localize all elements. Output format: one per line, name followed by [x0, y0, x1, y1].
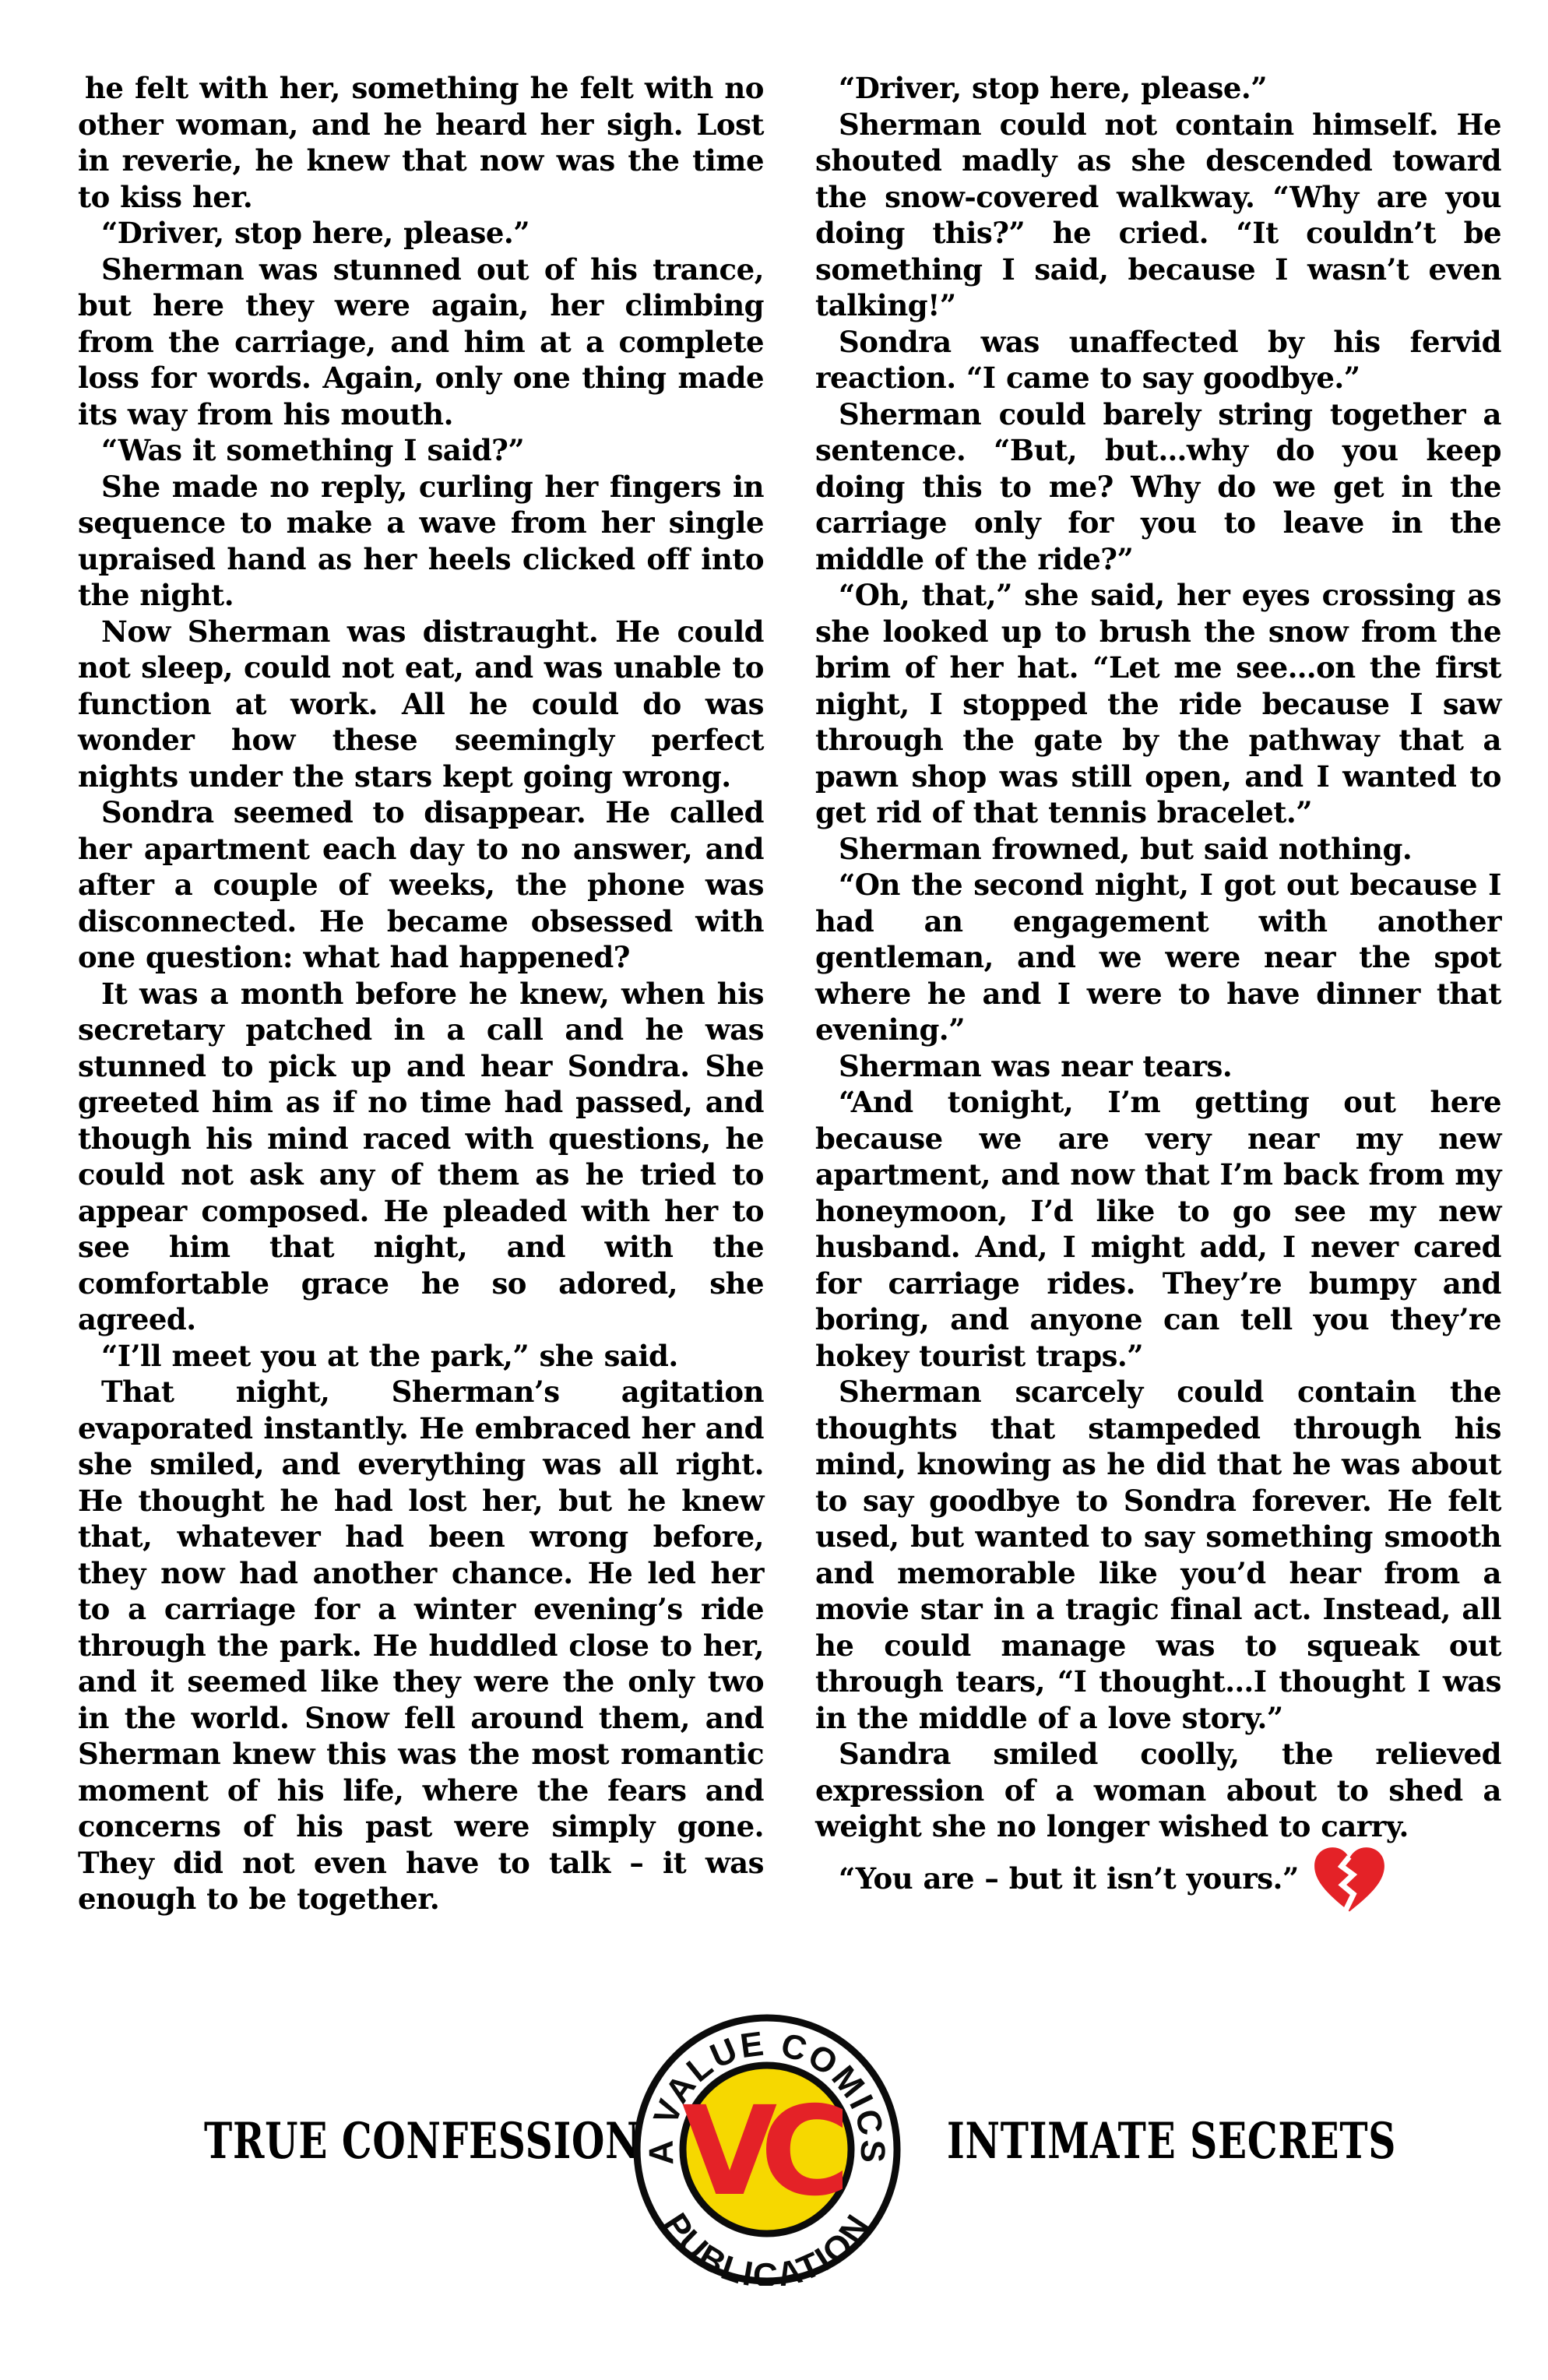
right-column: “Driver, stop here, please.” Sherman cou…	[815, 70, 1501, 1917]
intimate-secrets-label: INTIMATE SECRETS	[947, 2112, 1396, 2171]
story-paragraph: Sherman was stunned out of his trance, b…	[78, 252, 764, 433]
story-paragraph: Sherman scarcely could contain the thoug…	[815, 1374, 1501, 1736]
story-paragraph: Sherman could barely string together a s…	[815, 396, 1501, 578]
story-paragraph: That night, Sherman’s agitation evaporat…	[78, 1374, 764, 1917]
story-paragraph: “Driver, stop here, please.”	[815, 70, 1501, 107]
broken-heart-icon	[1311, 1845, 1388, 1915]
story-columns: he felt with her, something he felt with…	[78, 70, 1501, 1917]
logo-vc-monogram: VC	[682, 2080, 843, 2223]
story-paragraph: “Oh, that,” she said, her eyes crossing …	[815, 577, 1501, 831]
story-paragraph: Sherman frowned, but said nothing.	[815, 831, 1501, 868]
story-paragraph: he felt with her, something he felt with…	[78, 70, 764, 215]
true-confessions-label: TRUE CONFESSIONS	[204, 2112, 668, 2171]
story-paragraph: “Driver, stop here, please.”	[78, 215, 764, 252]
story-paragraph: Now Sherman was distraught. He could not…	[78, 614, 764, 795]
story-paragraph: Sherman could not contain himself. He sh…	[815, 107, 1501, 324]
story-paragraph: Sondra was unaffected by his fervid reac…	[815, 324, 1501, 396]
value-comics-logo: A VALUE COMICS PUBLICATION VC	[632, 2013, 902, 2286]
story-paragraph: It was a month before he knew, when his …	[78, 976, 764, 1338]
story-paragraph: Sondra seemed to disappear. He called he…	[78, 794, 764, 976]
story-paragraph: “And tonight, I’m getting out here becau…	[815, 1084, 1501, 1374]
story-paragraph: Sandra smiled coolly, the relieved expre…	[815, 1736, 1501, 1845]
story-paragraph: She made no reply, curling her fingers i…	[78, 469, 764, 614]
comic-text-page: he felt with her, something he felt with…	[0, 0, 1548, 2380]
closing-line-text: “You are – but it isn’t yours.”	[839, 1861, 1299, 1896]
story-closing-line: “You are – but it isn’t yours.”	[815, 1845, 1501, 1915]
story-paragraph: “On the second night, I got out because …	[815, 867, 1501, 1048]
story-paragraph: Sherman was near tears.	[815, 1048, 1501, 1085]
story-paragraph: “I’ll meet you at the park,” she said.	[78, 1338, 764, 1375]
story-paragraph: “Was it something I said?”	[78, 432, 764, 469]
left-column: he felt with her, something he felt with…	[78, 70, 764, 1917]
